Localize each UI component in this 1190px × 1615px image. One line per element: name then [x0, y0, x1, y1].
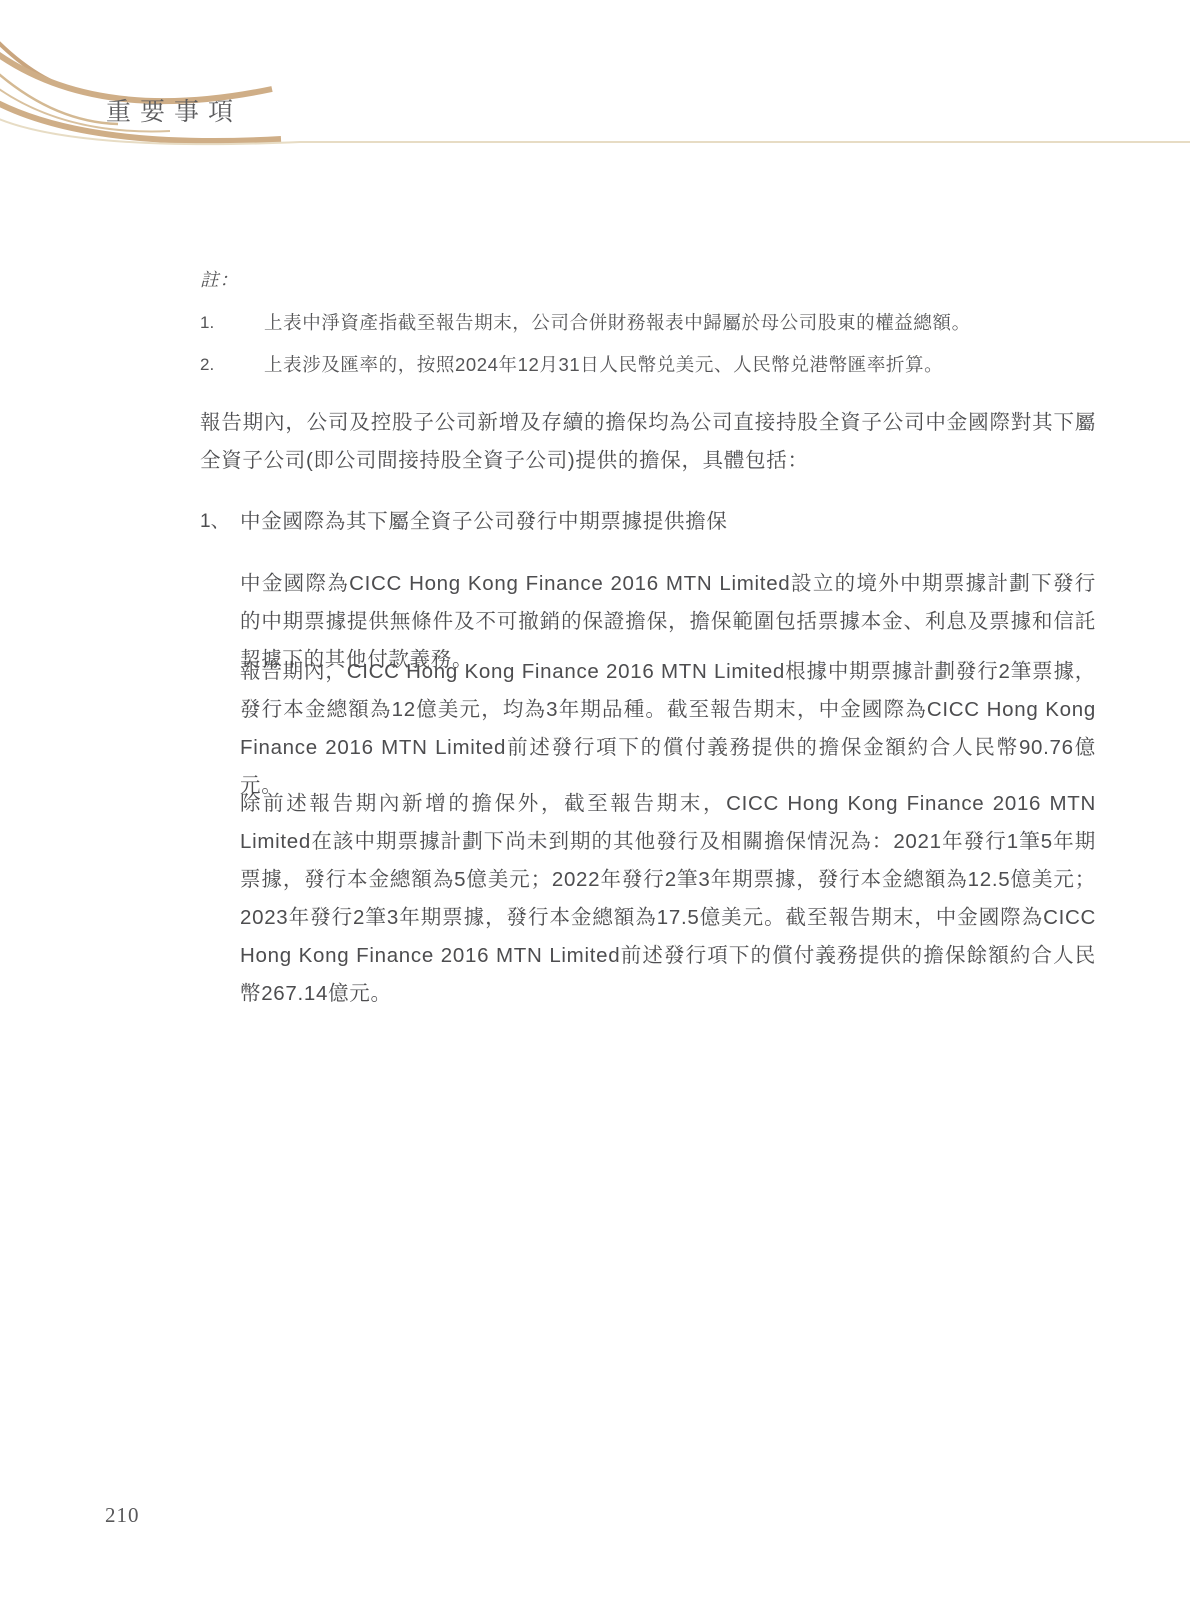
note-number: 1.	[200, 310, 264, 336]
notes-block: 註： 1. 上表中淨資產指截至報告期末，公司合併財務報表中歸屬於母公司股東的權益…	[200, 266, 1096, 394]
document-page: 重要事項 註： 1. 上表中淨資產指截至報告期末，公司合併財務報表中歸屬於母公司…	[0, 0, 1190, 1615]
intro-paragraph: 報告期內，公司及控股子公司新增及存續的擔保均為公司直接持股全資子公司中金國際對其…	[200, 404, 1096, 480]
note-text: 上表中淨資產指截至報告期末，公司合併財務報表中歸屬於母公司股東的權益總額。	[264, 310, 1096, 336]
notes-label: 註：	[200, 266, 1096, 292]
note-item-2: 2. 上表涉及匯率的，按照2024年12月31日人民幣兑美元、人民幣兑港幣匯率折…	[200, 352, 1096, 378]
note-number: 2.	[200, 352, 264, 378]
item1-title: 中金國際為其下屬全資子公司發行中期票據提供擔保	[240, 503, 1096, 541]
item1-number: 1、	[200, 503, 240, 541]
page-title: 重要事項	[106, 92, 242, 128]
item1-paragraph-3: 除前述報告期內新增的擔保外，截至報告期末，CICC Hong Kong Fina…	[240, 785, 1096, 1013]
item1-heading: 1、 中金國際為其下屬全資子公司發行中期票據提供擔保	[200, 503, 1096, 541]
corner-swirl-ornament	[0, 0, 1190, 170]
note-item-1: 1. 上表中淨資產指截至報告期末，公司合併財務報表中歸屬於母公司股東的權益總額。	[200, 310, 1096, 336]
note-text: 上表涉及匯率的，按照2024年12月31日人民幣兑美元、人民幣兑港幣匯率折算。	[264, 352, 1096, 378]
page-number: 210	[105, 1503, 140, 1528]
item1-paragraph-2: 報告期內，CICC Hong Kong Finance 2016 MTN Lim…	[240, 653, 1096, 805]
